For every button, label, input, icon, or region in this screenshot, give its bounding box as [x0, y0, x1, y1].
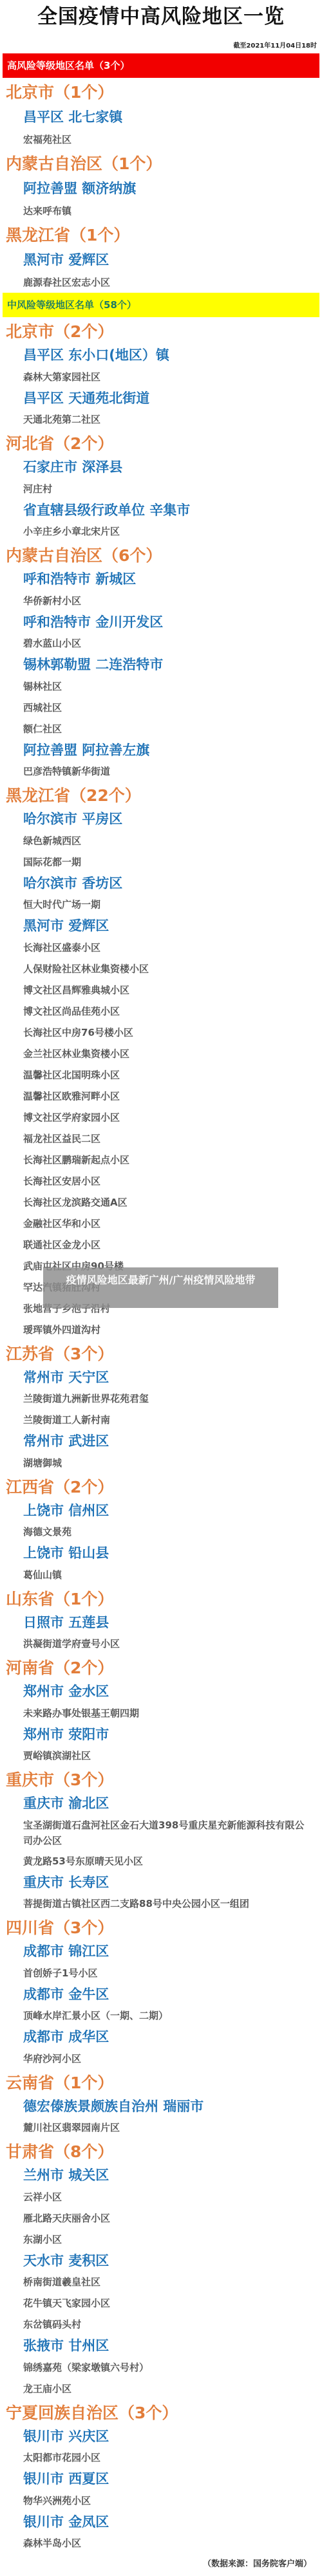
- community-item: 宏福苑社区: [0, 129, 322, 151]
- city-district-heading: 黑河市 爱辉区: [0, 248, 322, 271]
- data-source-note: （数据来源：国务院客户端）: [203, 2558, 312, 2571]
- community-item: 福龙社区益民二区: [0, 1128, 322, 1150]
- province-heading: 河北省（2个）: [0, 430, 322, 457]
- province-heading: 北京市（2个）: [0, 318, 322, 345]
- province-heading: 黑龙江省（22个）: [0, 782, 322, 809]
- community-item: 东湖小区: [0, 2229, 322, 2250]
- province-heading: 甘肃省（8个）: [0, 2139, 322, 2165]
- community-item: 长海社区龙滨路交通A区: [0, 1192, 322, 1213]
- province-heading: 宁夏回族自治区（3个）: [0, 2400, 322, 2426]
- as-of-timestamp: 截至2021年11月04日18时: [233, 41, 317, 51]
- community-item: 达来呼布镇: [0, 200, 322, 223]
- community-item: 博文社区学府家园小区: [0, 1107, 322, 1128]
- community-item: 云祥小区: [0, 2187, 322, 2208]
- city-district-heading: 上饶市 铅山县: [0, 1543, 322, 1565]
- city-district-heading: 郑州市 荥阳市: [0, 1724, 322, 1746]
- province-heading: 山东省（1个）: [0, 1586, 322, 1612]
- community-item: 河庄村: [0, 479, 322, 500]
- community-item: 鹿源春社区宏志小区: [0, 271, 322, 294]
- city-district-heading: 黑河市 爱辉区: [0, 915, 322, 937]
- community-item: 华府沙河小区: [0, 2048, 322, 2070]
- community-item: 森林半岛小区: [0, 2533, 322, 2554]
- community-item: 兰陵街道工人新村南: [0, 1410, 322, 1431]
- city-district-heading: 成都市 锦江区: [0, 1941, 322, 1963]
- city-district-heading: 银川市 金凤区: [0, 2512, 322, 2534]
- community-item: 雁北路天庆丽舍小区: [0, 2208, 322, 2229]
- community-item: 恒大时代广场一期: [0, 894, 322, 915]
- community-item: 国际花都一期: [0, 852, 322, 873]
- city-district-heading: 石家庄市 深泽县: [0, 457, 322, 479]
- community-item: 额仁社区: [0, 719, 322, 740]
- city-district-heading: 德宏傣族景颇族自治州 瑞丽市: [0, 2096, 322, 2118]
- community-item: 长海社区鹏瑞新起点小区: [0, 1150, 322, 1171]
- city-district-heading: 常州市 武进区: [0, 1431, 322, 1453]
- community-item: 物华兴洲苑小区: [0, 2490, 322, 2512]
- community-item: 兰陵街道九洲新世界花苑君玺: [0, 1388, 322, 1410]
- community-item: 绿色新城西区: [0, 831, 322, 852]
- high-risk-header: 高风险等级地区名单（3个）: [3, 53, 319, 78]
- community-item: 华侨新村小区: [0, 591, 322, 612]
- city-district-heading: 重庆市 长寿区: [0, 1872, 322, 1894]
- city-district-heading: 哈尔滨市 香坊区: [0, 873, 322, 895]
- community-item: 森林大第家园社区: [0, 367, 322, 388]
- caption-overlay: 疫情风险地区最新广州/广州疫情风险地带: [43, 1267, 278, 1308]
- city-district-heading: 昌平区 天通苑北街道: [0, 388, 322, 410]
- community-item: 长海社区安居小区: [0, 1171, 322, 1192]
- city-district-heading: 锡林郭勒盟 二连浩特市: [0, 654, 322, 676]
- community-item: 天通北苑第二社区: [0, 409, 322, 430]
- community-item: 温馨社区欧雅河畔小区: [0, 1086, 322, 1107]
- city-district-heading: 昌平区 东小口(地区）镇: [0, 345, 322, 367]
- community-item: 长海社区中房76号楼小区: [0, 1022, 322, 1044]
- city-district-heading: 哈尔滨市 平房区: [0, 809, 322, 831]
- community-item: 联通社区金龙小区: [0, 1235, 322, 1256]
- community-item: 锡林社区: [0, 676, 322, 697]
- community-item: 未来路办事处银基王朝四期: [0, 1703, 322, 1724]
- community-item: 博文社区尚品佳苑小区: [0, 1001, 322, 1022]
- community-item: 龙王庙小区: [0, 2378, 322, 2400]
- medium-risk-list: 北京市（2个）昌平区 东小口(地区）镇森林大第家园社区昌平区 天通苑北街道天通北…: [0, 318, 322, 2554]
- city-district-heading: 银川市 西夏区: [0, 2469, 322, 2490]
- community-item: 长海社区盛泰小区: [0, 937, 322, 959]
- medium-risk-header: 中风险等级地区名单（58个）: [3, 293, 319, 317]
- city-district-heading: 昌平区 北七家镇: [0, 106, 322, 129]
- city-district-heading: 成都市 成华区: [0, 2027, 322, 2048]
- province-heading: 云南省（1个）: [0, 2070, 322, 2096]
- community-item: 花牛镇天飞家园小区: [0, 2293, 322, 2314]
- community-item: 博文社区昌辉雅典城小区: [0, 980, 322, 1001]
- community-item: 巴彦浩特镇新华街道: [0, 761, 322, 782]
- community-item: 锦绣嘉苑（梁家墩镇六号村）: [0, 2357, 322, 2378]
- community-item: 贾峪镇滨湖社区: [0, 1745, 322, 1767]
- community-item: 麓川社区翡翠园南片区: [0, 2117, 322, 2139]
- province-heading: 内蒙古自治区（6个）: [0, 542, 322, 569]
- community-item: 顶峰水岸汇景小区（一期、二期）: [0, 2005, 322, 2027]
- community-item: 碧水蓝山小区: [0, 633, 322, 654]
- city-district-heading: 呼和浩特市 新城区: [0, 569, 322, 591]
- province-heading: 江苏省（3个）: [0, 1341, 322, 1367]
- community-item: 桥南街道羲皇社区: [0, 2272, 322, 2293]
- city-district-heading: 兰州市 城关区: [0, 2165, 322, 2187]
- city-district-heading: 省直辖县级行政单位 辛集市: [0, 500, 322, 522]
- community-item: 湖塘御城: [0, 1453, 322, 1474]
- community-item: 海德文景苑: [0, 1522, 322, 1543]
- city-district-heading: 日照市 五莲县: [0, 1612, 322, 1634]
- province-heading: 河南省（2个）: [0, 1655, 322, 1681]
- community-item: 黄龙路53号东原晴天见小区: [0, 1851, 322, 1872]
- city-district-heading: 阿拉善盟 阿拉善左旗: [0, 740, 322, 762]
- province-heading: 江西省（2个）: [0, 1474, 322, 1500]
- province-heading: 北京市（1个）: [0, 80, 322, 106]
- high-risk-list: 北京市（1个）昌平区 北七家镇宏福苑社区内蒙古自治区（1个）阿拉善盟 额济纳旗达…: [0, 80, 322, 294]
- city-district-heading: 郑州市 金水区: [0, 1681, 322, 1703]
- page-title: 全国疫情中高风险地区一览: [0, 3, 322, 31]
- city-district-heading: 重庆市 渝北区: [0, 1793, 322, 1815]
- province-heading: 内蒙古自治区（1个）: [0, 151, 322, 177]
- community-item: 太阳都市花园小区: [0, 2447, 322, 2469]
- city-district-heading: 银川市 兴庆区: [0, 2426, 322, 2448]
- province-heading: 四川省（3个）: [0, 1915, 322, 1941]
- community-item: 瑷珲镇外四道沟村: [0, 1320, 322, 1341]
- city-district-heading: 上饶市 信州区: [0, 1500, 322, 1522]
- province-heading: 黑龙江省（1个）: [0, 223, 322, 248]
- community-item: 首创娇子1号小区: [0, 1963, 322, 1984]
- community-item: 东岔镇码头村: [0, 2314, 322, 2335]
- city-district-heading: 阿拉善盟 额济纳旗: [0, 177, 322, 200]
- province-heading: 重庆市（3个）: [0, 1767, 322, 1793]
- community-item: 人保财险社区林业集资楼小区: [0, 959, 322, 980]
- city-district-heading: 成都市 金牛区: [0, 1984, 322, 2006]
- community-item: 洪凝街道学府壹号小区: [0, 1633, 322, 1655]
- community-item: 金融社区华和小区: [0, 1213, 322, 1235]
- community-item: 宝圣湖街道石盘河社区金石大道398号重庆星充新能源科技有限公司办公区: [0, 1815, 322, 1851]
- city-district-heading: 张掖市 甘州区: [0, 2335, 322, 2357]
- community-item: 西城社区: [0, 697, 322, 719]
- city-district-heading: 呼和浩特市 金川开发区: [0, 612, 322, 634]
- community-item: 温馨社区北国明珠小区: [0, 1065, 322, 1086]
- community-item: 葛仙山镇: [0, 1565, 322, 1586]
- city-district-heading: 常州市 天宁区: [0, 1367, 322, 1389]
- community-item: 小辛庄乡小章北宋片区: [0, 521, 322, 542]
- community-item: 菩提街道古镇社区西二支路88号中央公园小区一组团: [0, 1893, 322, 1915]
- city-district-heading: 天水市 麦积区: [0, 2250, 322, 2272]
- community-item: 金兰社区林业集资楼小区: [0, 1044, 322, 1065]
